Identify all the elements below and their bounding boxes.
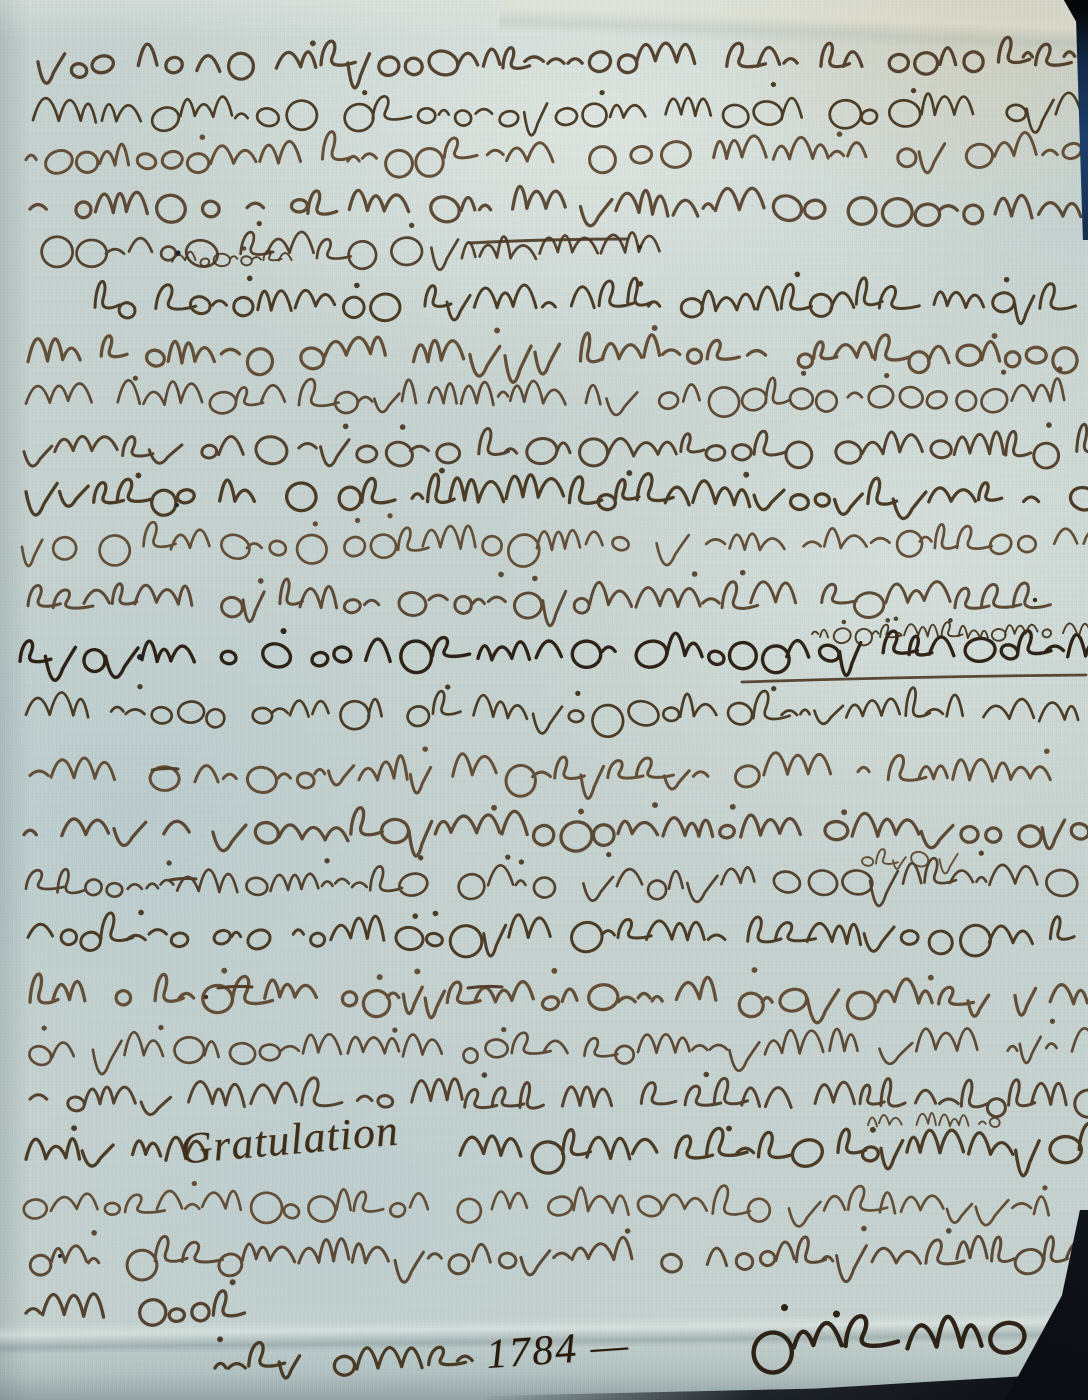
interlinear-insertion-2 <box>812 615 1088 646</box>
interlinear-insertion-4 <box>868 1112 1000 1128</box>
punctuation-dot <box>638 245 642 249</box>
date-1784: 1784 — <box>485 1321 632 1379</box>
handwriting-line-23 <box>24 1182 1049 1228</box>
handwriting-line-21 <box>30 1073 1088 1117</box>
handwriting-line-7 <box>28 327 1077 383</box>
handwriting-line-15 <box>30 746 1050 801</box>
handwriting-line-24 <box>30 1226 1088 1284</box>
handwriting-line-14 <box>26 684 1078 738</box>
handwriting-ink-layer <box>0 0 1088 1400</box>
handwriting-line-16 <box>24 804 1088 856</box>
underline-stroke <box>742 675 1086 682</box>
interlinear-insertion-3 <box>862 849 958 873</box>
handwriting-line-5 <box>42 222 660 271</box>
dash-stroke <box>468 986 502 988</box>
handwriting-line-18 <box>28 911 1074 957</box>
handwriting-line-1 <box>38 36 1075 90</box>
handwriting-line-17 <box>26 851 1078 910</box>
strike-stroke <box>470 239 627 243</box>
dash-stroke <box>218 986 252 988</box>
signature-ink <box>752 1298 1025 1373</box>
ink-spot <box>58 1254 62 1258</box>
ink-spot <box>137 654 143 660</box>
handwriting-line-2 <box>33 82 1088 137</box>
handwriting-line-4 <box>30 184 1081 229</box>
handwriting-line-20 <box>29 1020 1088 1074</box>
handwriting-line-9 <box>24 424 1088 468</box>
ink-spot <box>175 503 179 507</box>
manuscript-photo: Gratulation 1784 — <box>0 0 1088 1400</box>
ink-spot <box>175 250 180 255</box>
interlinear-insertion-1 <box>172 246 292 267</box>
dash-stroke <box>152 768 178 770</box>
handwriting-line-19 <box>30 966 1088 1024</box>
handwriting-line-25 <box>26 1281 245 1325</box>
dash-stroke <box>170 878 196 880</box>
handwriting-line-11 <box>22 512 1088 568</box>
handwriting-line-8 <box>26 368 1064 421</box>
punctuation-dot <box>1033 598 1037 602</box>
handwriting-line-10 <box>26 468 1088 519</box>
date-prefix-squiggle <box>214 1334 472 1380</box>
handwriting-line-3 <box>26 125 1082 180</box>
handwriting-line-6 <box>95 272 1076 327</box>
punctuation-dot <box>204 995 208 999</box>
